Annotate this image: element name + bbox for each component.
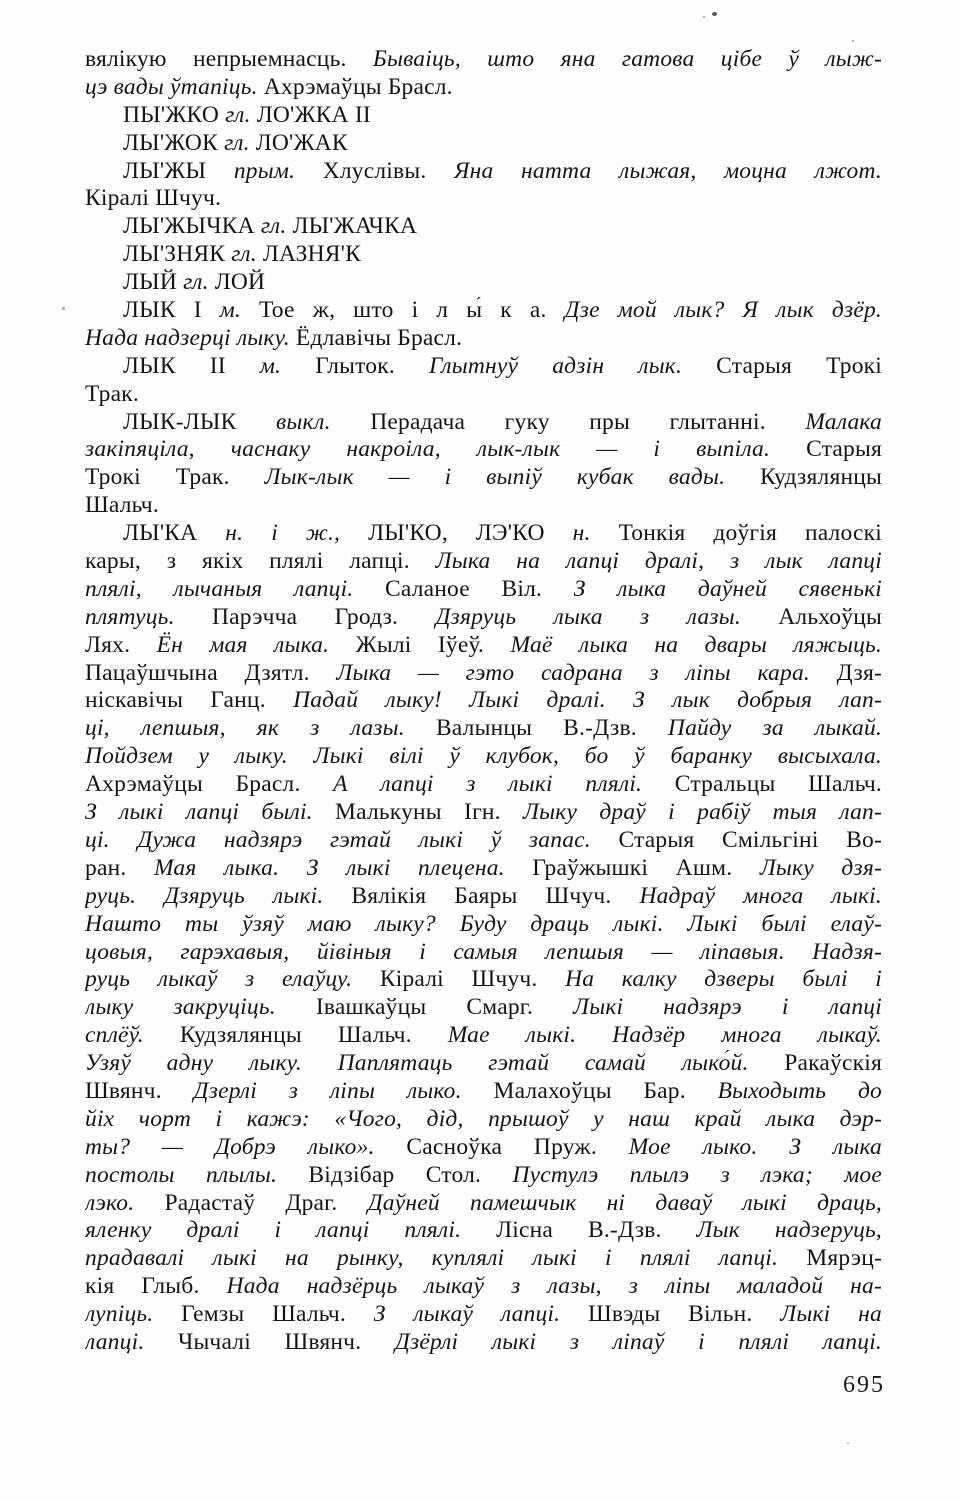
italic-text-segment: Дзерлі з ліпы лыко. — [194, 1078, 494, 1104]
text-line: Узяў адну лыку. Паплятаць гэтай самай лы… — [85, 1050, 882, 1078]
roman-text-segment: вялікую непрыемнасць. — [85, 46, 373, 72]
italic-text-segment: н. — [573, 520, 619, 546]
italic-text-segment: прым. — [234, 158, 323, 184]
roman-text-segment: кары, з якіх плялі лапці. — [85, 548, 436, 574]
ink-speck — [703, 16, 705, 18]
roman-text-segment: ЛАЗНЯ'К — [263, 241, 361, 267]
italic-text-segment: яленку дралі і лапці плялі. — [85, 1217, 496, 1243]
text-line: лупіць. Гемзы Шальч. З лыкаў лапці. Швэд… — [85, 1301, 882, 1329]
italic-text-segment: Лыку драў і рабіў тыя лап- — [523, 799, 882, 825]
text-line: цэ вады ўтапіць. Ахрэмаўцы Брасл. — [85, 74, 882, 102]
roman-text-segment: Граўжышкі Ашм. — [532, 855, 760, 881]
ink-speck — [847, 1442, 849, 1444]
italic-text-segment: Лыка — гэто садрана з ліпы кара. — [336, 660, 836, 686]
roman-text-segment: Парэчча Гродз. — [212, 604, 435, 630]
text-line: Нада надзерці лыку. Ёдлавічы Брасл. — [85, 325, 882, 353]
italic-text-segment: плятуць. — [85, 604, 212, 630]
roman-text-segment: Мярэц- — [806, 1245, 882, 1271]
roman-text-segment: Чычалі Швянч. — [178, 1329, 395, 1355]
italic-text-segment: цэ вады ўтапіць. — [85, 74, 264, 100]
roman-text-segment: Пацаўшчына Дзятл. — [85, 660, 336, 686]
roman-text-segment: ЛЫ'ЖОК — [123, 130, 224, 156]
text-line: сплёў. Кудзялянцы Шальч. Мае лыкі. Надзё… — [85, 1022, 882, 1050]
text-line: ЛЫ'ЖЫ прым. Хлуслівы. Яна натта лыжая, м… — [85, 158, 882, 186]
text-line: Трокі Трак. Лык-лык — і выпіў кубак вады… — [85, 464, 882, 492]
roman-text-segment: ЛЫЙ — [123, 269, 183, 295]
roman-text-segment: Саланое Віл. — [385, 576, 574, 602]
roman-text-segment: Шальч. — [85, 492, 159, 518]
roman-text-segment: Сасноўка Пруж. — [406, 1134, 628, 1160]
italic-text-segment: ці. Дужа надзярэ гэтай лыкі ў запас. — [85, 827, 618, 853]
roman-text-segment: Трак. — [85, 381, 139, 407]
text-line: ніскавічы Ганц. Падай лыку! Лыкі дралі. … — [85, 687, 882, 715]
roman-text-segment: Гемзы Шальч. — [181, 1301, 374, 1327]
italic-text-segment: Дзяруць лыка з лазы. — [435, 604, 778, 630]
italic-text-segment: Нада надзерці лыку. — [85, 325, 296, 351]
roman-text-segment: ЛО'ЖКА II — [257, 102, 371, 128]
roman-text-segment: Тонкія доўгія палоскі — [619, 520, 883, 546]
italic-text-segment: Лыка на лапці дралі, з лык лапці — [436, 548, 882, 574]
roman-text-segment: Малькуны Ігн. — [335, 799, 523, 825]
italic-text-segment: Нашто ты ўзяў маю лыку? Буду драць лыкі.… — [85, 911, 882, 937]
roman-text-segment: Тое ж, што і л ы́ к а. — [259, 297, 565, 323]
roman-text-segment: Глыток. — [315, 353, 429, 379]
italic-text-segment: Пайду за лыкай. — [668, 715, 882, 741]
text-line: Швянч. Дзерлі з ліпы лыко. Малахоўцы Бар… — [85, 1078, 882, 1106]
roman-text-segment: ЛЫ'КО, ЛЭ'КО — [368, 520, 573, 546]
italic-text-segment: гл. — [231, 241, 263, 267]
roman-text-segment: Лях. — [85, 632, 157, 658]
roman-text-segment: Старыя — [806, 436, 882, 462]
roman-text-segment: ПЫ'ЖКО — [123, 102, 225, 128]
page-number: 695 — [843, 1372, 885, 1399]
italic-text-segment: А лапці з лыкі плялі. — [333, 771, 675, 797]
book-page: вялікую непрыемнасць. Бываіць, што яна г… — [0, 0, 960, 1500]
text-line: лэко. Радастаў Драг. Даўней памешчык ні … — [85, 1190, 882, 1218]
roman-text-segment: ран. — [85, 855, 154, 881]
text-line: кары, з якіх плялі лапці. Лыка на лапці … — [85, 548, 882, 576]
text-line: ты? — Добрэ лыко». Сасноўка Пруж. Мое лы… — [85, 1134, 882, 1162]
roman-text-segment: ЛЫК-ЛЫК — [123, 409, 276, 435]
roman-text-segment: ЛЫ'ЖЫ — [123, 158, 234, 184]
italic-text-segment: Лык-лык — і выпіў кубак вады. — [265, 464, 760, 490]
italic-text-segment: ці, лепшыя, як з лазы. — [85, 715, 436, 741]
italic-text-segment: Мае лыкі. Надзёр многа лыкаў. — [448, 1022, 882, 1048]
roman-text-segment: Ракаўскія — [784, 1050, 882, 1076]
text-line: ЛЫК-ЛЫК выкл. Перадача гуку пры глытанні… — [85, 409, 882, 437]
text-line: лапці. Чычалі Швянч. Дзёрлі лыкі з ліпаў… — [85, 1329, 882, 1357]
roman-text-segment: Дзя- — [837, 660, 882, 686]
italic-text-segment: Нада надзёрць лыкаў з лазы, з ліпы малад… — [227, 1273, 882, 1299]
text-line: ЛЫК I м. Тое ж, што і л ы́ к а. Дзе мой … — [85, 297, 882, 325]
roman-text-segment: Старыя Смільгіні Во- — [618, 827, 882, 853]
italic-text-segment: цовыя, гарэхавыя, йівіныя і самыя лепшыя… — [85, 939, 882, 965]
roman-text-segment: Кудзялянцы Шальч. — [180, 1022, 448, 1048]
text-line: Ахрэмаўцы Брасл. А лапці з лыкі плялі. С… — [85, 771, 882, 799]
roman-text-segment: Швянч. — [85, 1078, 194, 1104]
roman-text-segment: ЛЫ'ЗНЯК — [123, 241, 231, 267]
roman-text-segment: Радастаў Драг. — [165, 1190, 368, 1216]
roman-text-segment: Івашкаўцы Смарг. — [316, 994, 573, 1020]
italic-text-segment: гл. — [224, 130, 256, 156]
italic-text-segment: Пустулэ плылэ з лэка; мое — [512, 1162, 882, 1188]
roman-text-segment: Альхоўцы — [778, 604, 882, 630]
italic-text-segment: гл. — [183, 269, 215, 295]
ink-speck — [62, 307, 65, 310]
roman-text-segment: Трокі Трак. — [85, 464, 265, 490]
italic-text-segment: руць. Дзяруць лыкі. — [85, 883, 351, 909]
italic-text-segment: лыку закруціць. — [85, 994, 316, 1020]
italic-text-segment: сплёў. — [85, 1022, 180, 1048]
text-line: Трак. — [85, 381, 882, 409]
text-line: ЛЫК II м. Глыток. Глытнуў адзін лык. Ста… — [85, 353, 882, 381]
text-line: яленку дралі і лапці плялі. Лісна В.-Дзв… — [85, 1217, 882, 1245]
text-line: ЛЫ'ЖЫЧКА гл. ЛЫ'ЖАЧКА — [85, 213, 882, 241]
italic-text-segment: Дзе мой лык? Я лык дзёр. — [565, 297, 882, 323]
text-line: Пацаўшчына Дзятл. Лыка — гэто садрана з … — [85, 660, 882, 688]
italic-text-segment: лэко. — [85, 1190, 165, 1216]
text-line: ЛЫ'ЗНЯК гл. ЛАЗНЯ'К — [85, 241, 882, 269]
text-line: Лях. Ён мая лыка. Жылі Іўеў. Маё лыка на… — [85, 632, 882, 660]
roman-text-segment: ніскавічы Ганц. — [85, 687, 293, 713]
roman-text-segment: Ёдлавічы Брасл. — [296, 325, 462, 351]
italic-text-segment: Ён мая лыка. — [157, 632, 356, 658]
roman-text-segment: Кіралі Шчуч. — [380, 966, 565, 992]
roman-text-segment: Стральцы Шальч. — [675, 771, 882, 797]
roman-text-segment: Ахрэмаўцы Брасл. — [85, 771, 333, 797]
text-line: кія Глыб. Нада надзёрць лыкаў з лазы, з … — [85, 1273, 882, 1301]
text-line: плятуць. Парэчча Гродз. Дзяруць лыка з л… — [85, 604, 882, 632]
italic-text-segment: лупіць. — [85, 1301, 181, 1327]
italic-text-segment: Даўней памешчык ні даваў лыкі драць, — [368, 1190, 882, 1216]
roman-text-segment: Малахоўцы Бар. — [493, 1078, 717, 1104]
text-line: ЛЫЙ гл. ЛОЙ — [85, 269, 882, 297]
roman-text-segment: ЛЫ'КА — [123, 520, 225, 546]
italic-text-segment: Падай лыку! Лыкі дралі. З лык добрыя лап… — [293, 687, 882, 713]
italic-text-segment: Глытнуў адзін лык. — [429, 353, 716, 379]
text-line: прадавалі лыкі на рынку, куплялі лыкі і … — [85, 1245, 882, 1273]
roman-text-segment: Хлуслівы. — [323, 158, 454, 184]
roman-text-segment: ЛЫК I — [123, 297, 220, 323]
italic-text-segment: Пойдзем у лыку. Лыкі вілі ў клубок, бо ў… — [85, 743, 882, 769]
italic-text-segment: З лыкі лапці былі. — [85, 799, 335, 825]
italic-text-segment: Дзёрлі лыкі з ліпаў і плялі лапці. — [395, 1329, 882, 1355]
italic-text-segment: постолы плылы. — [85, 1162, 308, 1188]
italic-text-segment: Узяў адну лыку. Паплятаць гэтай самай лы… — [85, 1050, 784, 1076]
roman-text-segment: Швэды Вільн. — [588, 1301, 780, 1327]
italic-text-segment: прадавалі лыкі на рынку, куплялі лыкі і … — [85, 1245, 806, 1271]
italic-text-segment: Лык надзеруць, — [697, 1217, 882, 1243]
text-line: йіх чорт і кажэ: «Чого, дід, прышоў у на… — [85, 1106, 882, 1134]
roman-text-segment: Ахрэмаўцы Брасл. — [264, 74, 453, 100]
italic-text-segment: Яна натта лыжая, моцна лжот. — [454, 158, 882, 184]
italic-text-segment: Лыкі на — [780, 1301, 882, 1327]
roman-text-segment: Лісна В.-Дзв. — [496, 1217, 696, 1243]
text-line: закіпяціла, часнаку накроіла, лык-лык — … — [85, 436, 882, 464]
italic-text-segment: З лыка даўней сявенькі — [574, 576, 882, 602]
italic-text-segment: ты? — Добрэ лыко». — [85, 1134, 406, 1160]
italic-text-segment: Лыку дзя- — [760, 855, 882, 881]
italic-text-segment: лапці. — [85, 1329, 178, 1355]
text-line: руць. Дзяруць лыкі. Вялікія Баяры Шчуч. … — [85, 883, 882, 911]
ink-speck — [712, 12, 717, 16]
roman-text-segment: Старыя Трокі — [716, 353, 882, 379]
text-line: цовыя, гарэхавыя, йівіныя і самыя лепшыя… — [85, 939, 882, 967]
italic-text-segment: Малака — [805, 409, 882, 435]
italic-text-segment: З лыкаў лапці. — [374, 1301, 588, 1327]
italic-text-segment: Бываіць, што яна гатова цібе ў лыж- — [373, 46, 882, 72]
italic-text-segment: Маё лыка на двары ляжыць. — [511, 632, 882, 658]
roman-text-segment: Кудзялянцы — [760, 464, 882, 490]
text-block: вялікую непрыемнасць. Бываіць, што яна г… — [85, 46, 882, 1357]
text-line: ран. Мая лыка. З лыкі плецена. Граўжышкі… — [85, 855, 882, 883]
italic-text-segment: Мое лыко. З лыка — [629, 1134, 882, 1160]
roman-text-segment: ЛЫ'ЖЫЧКА — [123, 213, 261, 239]
italic-text-segment: плялі, лычаныя лапці. — [85, 576, 385, 602]
italic-text-segment: йіх чорт і кажэ: «Чого, дід, прышоў у на… — [85, 1106, 882, 1132]
italic-text-segment: На калку дзверы былі і — [565, 966, 882, 992]
italic-text-segment: Лыкі надзярэ і лапці — [573, 994, 882, 1020]
roman-text-segment: ЛЫК II — [123, 353, 260, 379]
italic-text-segment: закіпяціла, часнаку накроіла, лык-лык — … — [85, 436, 806, 462]
italic-text-segment: м. — [260, 353, 315, 379]
italic-text-segment: м. — [220, 297, 259, 323]
text-line: вялікую непрыемнасць. Бываіць, што яна г… — [85, 46, 882, 74]
text-line: плялі, лычаныя лапці. Саланое Віл. З лык… — [85, 576, 882, 604]
roman-text-segment: Відзібар Стол. — [308, 1162, 512, 1188]
roman-text-segment: ЛЫ'ЖАЧКА — [292, 213, 417, 239]
text-line: постолы плылы. Відзібар Стол. Пустулэ пл… — [85, 1162, 882, 1190]
text-line: Нашто ты ўзяў маю лыку? Буду драць лыкі.… — [85, 911, 882, 939]
text-line: Пойдзем у лыку. Лыкі вілі ў клубок, бо ў… — [85, 743, 882, 771]
roman-text-segment: кія Глыб. — [85, 1273, 227, 1299]
text-line: ЛЫ'КА н. і ж., ЛЫ'КО, ЛЭ'КО н. Тонкія до… — [85, 520, 882, 548]
italic-text-segment: гл. — [225, 102, 257, 128]
text-line: ПЫ'ЖКО гл. ЛО'ЖКА II — [85, 102, 882, 130]
text-line: Шальч. — [85, 492, 882, 520]
roman-text-segment: Жылі Іўеў. — [356, 632, 511, 658]
ink-speck — [852, 40, 854, 42]
italic-text-segment: Выходыть до — [718, 1078, 882, 1104]
roman-text-segment: Перадача гуку пры глытанні. — [370, 409, 805, 435]
text-line: ці. Дужа надзярэ гэтай лыкі ў запас. Ста… — [85, 827, 882, 855]
text-line: лыку закруціць. Івашкаўцы Смарг. Лыкі на… — [85, 994, 882, 1022]
text-line: ЛЫ'ЖОК гл. ЛО'ЖАК — [85, 130, 882, 158]
roman-text-segment: ЛОЙ — [215, 269, 265, 295]
italic-text-segment: Мая лыка. З лыкі плецена. — [154, 855, 532, 881]
text-line: ці, лепшыя, як з лазы. Валынцы В.-Дзв. П… — [85, 715, 882, 743]
italic-text-segment: Надраў многа лыкі. — [639, 883, 882, 909]
italic-text-segment: руць лыкаў з елаўцу. — [85, 966, 380, 992]
roman-text-segment: Вялікія Баяры Шчуч. — [351, 883, 639, 909]
italic-text-segment: гл. — [261, 213, 293, 239]
text-line: Кіралі Шчуч. — [85, 185, 882, 213]
roman-text-segment: ЛО'ЖАК — [256, 130, 348, 156]
text-line: руць лыкаў з елаўцу. Кіралі Шчуч. На кал… — [85, 966, 882, 994]
italic-text-segment: выкл. — [276, 409, 370, 435]
text-line: З лыкі лапці былі. Малькуны Ігн. Лыку др… — [85, 799, 882, 827]
roman-text-segment: Кіралі Шчуч. — [85, 185, 221, 211]
roman-text-segment: Валынцы В.-Дзв. — [436, 715, 668, 741]
italic-text-segment: н. і ж., — [225, 520, 368, 546]
